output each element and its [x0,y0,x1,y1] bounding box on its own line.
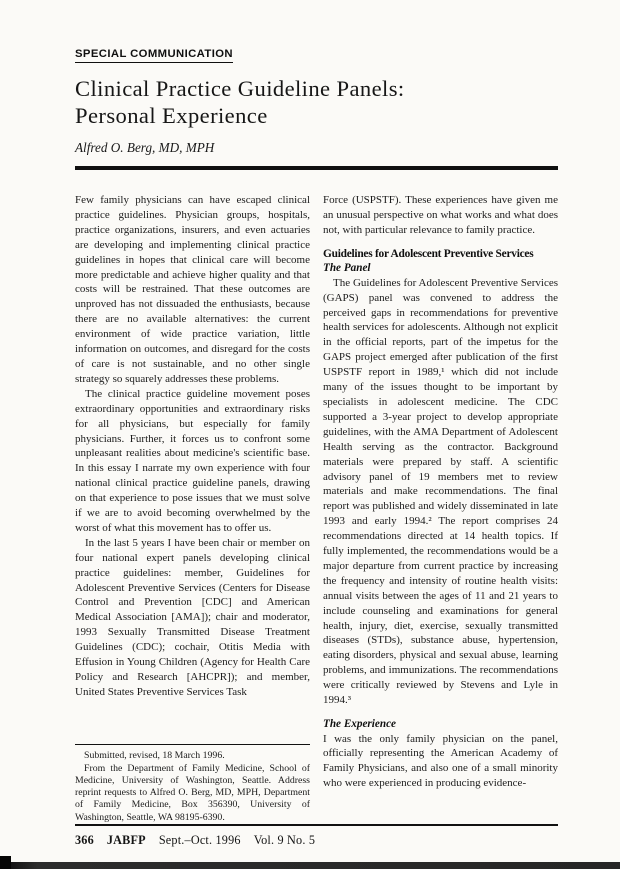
body-paragraph-intro: Few family physicians can have escaped c… [75,193,310,387]
scan-edge-artifact [0,862,620,869]
article-title: Clinical Practice Guideline Panels:Perso… [75,76,558,129]
body-paragraph-continuation: Force (USPSTF). These experiences have g… [323,193,558,238]
left-column: Few family physicians can have escaped c… [75,193,310,824]
page-footer: 366JABFPSept.–Oct. 1996Vol. 9 No. 5 [75,833,558,848]
footer-volume: Vol. 9 No. 5 [254,833,315,847]
header-rule [75,166,558,170]
footer-issue-date: Sept.–Oct. 1996 [159,833,241,847]
subheading-the-panel: The Panel [323,261,558,276]
article-title-line1: Clinical Practice Guideline Panels: [75,76,405,101]
article-body: Few family physicians can have escaped c… [75,193,558,824]
footnote-rule [75,744,310,746]
article-title-line2: Personal Experience [75,103,268,128]
body-paragraph-movement: The clinical practice guideline movement… [75,387,310,536]
body-paragraph-experience: I was the only family physician on the p… [323,732,558,792]
scan-corner-artifact [0,856,11,869]
footer-rule [75,824,558,826]
right-column: Force (USPSTF). These experiences have g… [323,193,558,824]
footer-journal-abbrev: JABFP [107,833,146,847]
footnote-affiliation: From the Department of Family Medicine, … [75,763,310,824]
footnote-block: Submitted, revised, 18 March 1996. From … [75,740,310,824]
footer-page-number: 366 [75,833,94,847]
subheading-the-experience: The Experience [323,717,558,732]
author-byline: Alfred O. Berg, MD, MPH [75,140,558,156]
section-heading-gaps: Guidelines for Adolescent Preventive Ser… [323,247,558,262]
footnote-submitted: Submitted, revised, 18 March 1996. [75,750,310,762]
body-paragraph-gaps-panel: The Guidelines for Adolescent Preventive… [323,276,558,708]
section-kicker: SPECIAL COMMUNICATION [75,48,233,63]
body-paragraph-panels: In the last 5 years I have been chair or… [75,536,310,700]
journal-page: SPECIAL COMMUNICATION Clinical Practice … [0,0,620,869]
